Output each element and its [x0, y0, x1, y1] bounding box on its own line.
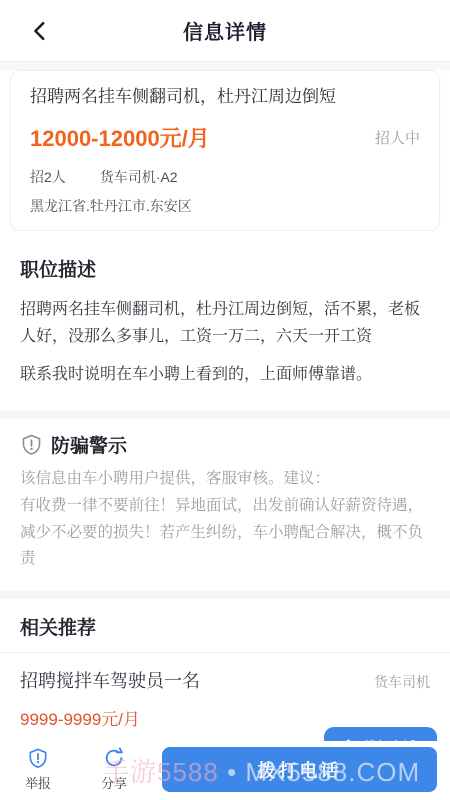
job-status-badge: 招人中 [375, 127, 420, 148]
report-button[interactable]: 举报 [10, 747, 66, 792]
job-description-section: 职位描述 招聘两名挂车侧翻司机，杜丹江周边倒短，活不累，老板人好，没那么多事儿，… [0, 231, 450, 412]
screen: 信息详情 招聘两名挂车侧翻司机，杜丹江周边倒短 12000-12000元/月 招… [0, 0, 450, 800]
salary-row: 12000-12000元/月 招人中 [30, 122, 420, 153]
recommendations-section: 相关推荐 招聘搅拌车驾驶员一名 货车司机 9999-9999元/月 [0, 599, 450, 742]
job-title: 招聘两名挂车侧翻司机，杜丹江周边倒短 [30, 85, 420, 110]
header: 信息详情 [0, 0, 450, 62]
recommended-job-title: 招聘搅拌车驾驶员一名 [20, 667, 200, 693]
back-chevron-icon [29, 20, 51, 42]
job-salary: 12000-12000元/月 [30, 122, 210, 153]
job-summary-card[interactable]: 招聘两名挂车侧翻司机，杜丹江周边倒短 12000-12000元/月 招人中 招2… [10, 70, 440, 231]
description-heading: 职位描述 [20, 255, 430, 282]
share-icon [103, 747, 125, 769]
job-tags-row: 招2人 货车司机·A2 [30, 167, 420, 187]
description-paragraph-2: 联系我时说明在车小聘上看到的，上面师傅靠谱。 [20, 362, 430, 389]
page-title: 信息详情 [183, 16, 267, 45]
report-shield-icon [27, 747, 49, 769]
description-paragraph-1: 招聘两名挂车侧翻司机，杜丹江周边倒短，活不累，老板人好，没那么多事儿，工资一万二… [20, 297, 430, 351]
report-label: 举报 [25, 773, 51, 792]
fraud-warning-text: 该信息由车小聘用户提供，客服审核。建议： 有收费一律不要前往！异地面试，出发前确… [20, 466, 430, 573]
bottom-bar: 举报 分享 拨打电话 [0, 741, 450, 800]
header-divider [0, 62, 450, 70]
fraud-warning-header: 防骗警示 [20, 431, 430, 458]
job-headcount: 招2人 [30, 167, 66, 187]
section-divider [0, 591, 450, 599]
share-button[interactable]: 分享 [86, 747, 142, 792]
job-location: 黑龙江省.牡丹江市.东安区 [30, 196, 420, 216]
fraud-warning-heading: 防骗警示 [51, 431, 127, 458]
shield-alert-icon [20, 433, 43, 456]
fraud-warning-section: 防骗警示 该信息由车小聘用户提供，客服审核。建议： 有收费一律不要前往！异地面试… [0, 419, 450, 591]
back-button[interactable] [22, 13, 58, 49]
call-button[interactable]: 拨打电话 [162, 747, 437, 792]
job-category: 货车司机·A2 [100, 167, 178, 187]
recommendations-heading: 相关推荐 [0, 613, 450, 640]
section-divider [0, 411, 450, 419]
recommended-job-row: 招聘搅拌车驾驶员一名 货车司机 [20, 667, 430, 693]
share-label: 分享 [101, 773, 127, 792]
recommended-job-category: 货车司机 [374, 672, 430, 692]
